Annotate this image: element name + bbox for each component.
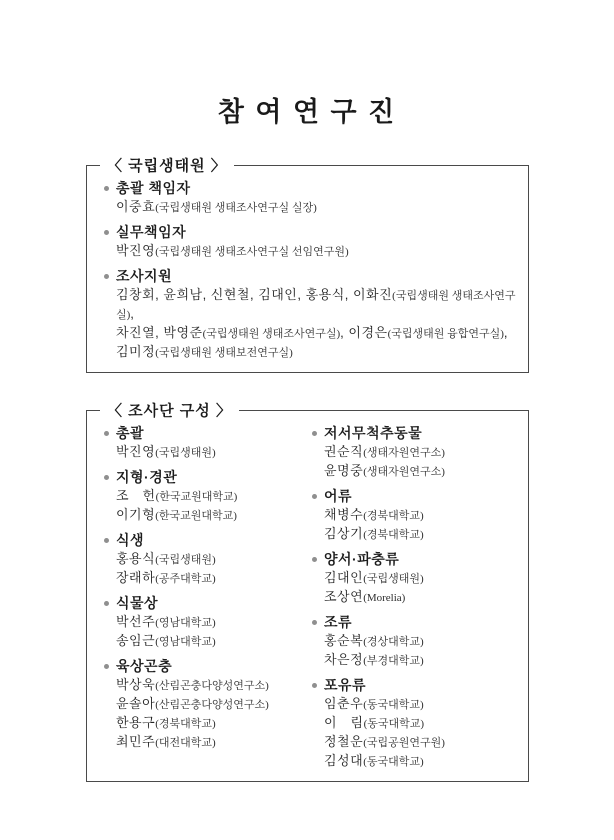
member-line: 박상욱(산림곤충다양성연구소) (116, 676, 312, 695)
person-name: 홍용식 (116, 551, 155, 566)
affiliation-text: (국립생태원 생태조사연구실 실장) (155, 202, 317, 214)
affiliation-text: (한국교원대학교) (155, 510, 237, 522)
research-group: 실무책임자박진영(국립생태원 생태조사연구실 선임연구원) (104, 223, 516, 261)
section-team-body: 총괄박진영(국립생태원)지형·경관조 헌(한국교원대학교)이기형(한국교원대학교… (87, 411, 528, 781)
research-group: 양서·파충류김대인(국립생태원)조상연(Morelia) (312, 550, 516, 607)
person-name: , (504, 325, 508, 340)
person-name: 차진열, 박영준 (116, 325, 203, 340)
affiliation-text: (동국대학교) (363, 699, 423, 711)
person-name: 채병수 (324, 507, 363, 522)
affiliation-text: (영남대학교) (155, 636, 215, 648)
research-group: 총괄 책임자이중효(국립생태원 생태조사연구실 실장) (104, 179, 516, 217)
person-name: 박진영 (116, 444, 155, 459)
affiliation-text: (생태자원연구소) (363, 447, 445, 459)
member-line: 이기형(한국교원대학교) (116, 506, 312, 525)
section-nie-legend: 〈 국립생태원 〉 (100, 155, 234, 176)
group-label: 포유류 (324, 676, 516, 695)
group-label: 지형·경관 (116, 468, 312, 487)
person-name: 김상기 (324, 526, 363, 541)
member-line: 김대인(국립생태원) (324, 569, 516, 588)
research-group: 저서무척추동물권순직(생태자원연구소)윤명중(생태자원연구소) (312, 424, 516, 481)
person-name: , (130, 306, 134, 321)
affiliation-text: (국립생태원 융합연구실) (388, 328, 504, 340)
member-line: 홍용식(국립생태원) (116, 550, 312, 569)
member-line: 윤명중(생태자원연구소) (324, 462, 516, 481)
member-line: 박진영(국립생태원) (116, 443, 312, 462)
member-line: 조상연(Morelia) (324, 588, 516, 607)
affiliation-text: (경상대학교) (363, 636, 423, 648)
bullet-icon (104, 274, 109, 279)
member-line: 송임근(영남대학교) (116, 632, 312, 651)
person-name: 박상욱 (116, 677, 155, 692)
person-name: 김미정 (116, 344, 155, 359)
affiliation-text: (경북대학교) (155, 718, 215, 730)
group-label: 식물상 (116, 594, 312, 613)
member-line: 임춘우(동국대학교) (324, 695, 516, 714)
member-line: 차은정(부경대학교) (324, 651, 516, 670)
section-nie-body: 총괄 책임자이중효(국립생태원 생태조사연구실 실장)실무책임자박진영(국립생태… (87, 166, 528, 372)
section-team-panel: 〈 조사단 구성 〉 총괄박진영(국립생태원)지형·경관조 헌(한국교원대학교)… (86, 410, 529, 782)
affiliation-text: (국립생태원) (155, 447, 215, 459)
affiliation-text: (한국교원대학교) (156, 491, 238, 503)
affiliation-text: (경북대학교) (363, 529, 423, 541)
group-label: 식생 (116, 531, 312, 550)
group-label: 총괄 책임자 (116, 179, 516, 198)
member-line: 이중효(국립생태원 생태조사연구실 실장) (116, 198, 516, 217)
person-name: 박진영 (116, 243, 155, 258)
document-page: 참 여 연 구 진 〈 국립생태원 〉 총괄 책임자이중효(국립생태원 생태조사… (0, 0, 614, 840)
affiliation-text: (경북대학교) (363, 510, 423, 522)
person-name: 송임근 (116, 633, 155, 648)
affiliation-text: (공주대학교) (155, 573, 215, 585)
person-name: 김대인 (324, 570, 363, 585)
affiliation-text: (국립생태원) (155, 554, 215, 566)
bullet-icon (312, 494, 317, 499)
person-name: 최민주 (116, 734, 155, 749)
research-group: 육상곤충박상욱(산림곤충다양성연구소)윤솔아(산림곤충다양성연구소)한용구(경북… (104, 657, 312, 752)
bullet-icon (104, 538, 109, 543)
research-group: 포유류임춘우(동국대학교)이 림(동국대학교)정철운(국립공원연구원)김성대(동… (312, 676, 516, 771)
section-team-legend: 〈 조사단 구성 〉 (100, 400, 239, 421)
affiliation-text: (Morelia) (363, 592, 405, 604)
research-group: 식생홍용식(국립생태원)장래하(공주대학교) (104, 531, 312, 588)
person-name: 이 림 (324, 715, 364, 730)
person-name: 이기형 (116, 507, 155, 522)
affiliation-text: (동국대학교) (364, 718, 424, 730)
section-nie-panel: 〈 국립생태원 〉 총괄 책임자이중효(국립생태원 생태조사연구실 실장)실무책… (86, 165, 529, 373)
group-label: 총괄 (116, 424, 312, 443)
group-label: 육상곤충 (116, 657, 312, 676)
bullet-icon (104, 230, 109, 235)
member-line: 장래하(공주대학교) (116, 569, 312, 588)
affiliation-text: (영남대학교) (155, 617, 215, 629)
member-line: 조 헌(한국교원대학교) (116, 487, 312, 506)
member-line: 최민주(대전대학교) (116, 733, 312, 752)
bullet-icon (312, 557, 317, 562)
group-label: 양서·파충류 (324, 550, 516, 569)
member-line: 김성대(동국대학교) (324, 752, 516, 771)
person-name: 김창회, 윤희남, 신현철, 김대인, 홍용식, 이화진 (116, 287, 392, 302)
page-title: 참 여 연 구 진 (0, 97, 614, 127)
person-name: 윤솔아 (116, 696, 155, 711)
person-name: 홍순복 (324, 633, 363, 648)
group-label: 어류 (324, 487, 516, 506)
affiliation-text: (산림곤충다양성연구소) (155, 680, 269, 692)
person-name: 권순직 (324, 444, 363, 459)
affiliation-text: (국립생태원 생태조사연구실) (203, 328, 341, 340)
research-group: 조류홍순복(경상대학교)차은정(부경대학교) (312, 613, 516, 670)
person-name: 차은정 (324, 652, 363, 667)
group-label: 실무책임자 (116, 223, 516, 242)
member-line: 정철운(국립공원연구원) (324, 733, 516, 752)
person-name: 조상연 (324, 589, 363, 604)
person-name: 장래하 (116, 570, 155, 585)
member-line: 채병수(경북대학교) (324, 506, 516, 525)
member-line: 김상기(경북대학교) (324, 525, 516, 544)
member-line: 이 림(동국대학교) (324, 714, 516, 733)
affiliation-text: (생태자원연구소) (363, 466, 445, 478)
member-line: 김창회, 윤희남, 신현철, 김대인, 홍용식, 이화진(국립생태원 생태조사연… (116, 286, 516, 324)
affiliation-text: (국립생태원 생태조사연구실 선임연구원) (155, 246, 348, 258)
team-column-left: 총괄박진영(국립생태원)지형·경관조 헌(한국교원대학교)이기형(한국교원대학교… (104, 424, 312, 771)
affiliation-text: (산림곤충다양성연구소) (155, 699, 269, 711)
team-column-right: 저서무척추동물권순직(생태자원연구소)윤명중(생태자원연구소)어류채병수(경북대… (312, 424, 516, 771)
research-group: 식물상박선주(영남대학교)송임근(영남대학교) (104, 594, 312, 651)
bullet-icon (104, 475, 109, 480)
bullet-icon (312, 620, 317, 625)
bullet-icon (104, 601, 109, 606)
person-name: 이중효 (116, 199, 155, 214)
member-line: 권순직(생태자원연구소) (324, 443, 516, 462)
affiliation-text: (대전대학교) (155, 737, 215, 749)
person-name: 김성대 (324, 753, 363, 768)
affiliation-text: (부경대학교) (363, 655, 423, 667)
group-label: 조사지원 (116, 267, 516, 286)
member-line: 차진열, 박영준(국립생태원 생태조사연구실), 이경은(국립생태원 융합연구실… (116, 324, 516, 343)
group-label: 저서무척추동물 (324, 424, 516, 443)
person-name: 윤명중 (324, 463, 363, 478)
member-line: 한용구(경북대학교) (116, 714, 312, 733)
person-name: , 이경은 (340, 325, 387, 340)
person-name: 한용구 (116, 715, 155, 730)
research-group: 조사지원김창회, 윤희남, 신현철, 김대인, 홍용식, 이화진(국립생태원 생… (104, 267, 516, 362)
research-group: 지형·경관조 헌(한국교원대학교)이기형(한국교원대학교) (104, 468, 312, 525)
member-line: 윤솔아(산림곤충다양성연구소) (116, 695, 312, 714)
member-line: 김미정(국립생태원 생태보전연구실) (116, 343, 516, 362)
member-line: 박진영(국립생태원 생태조사연구실 선임연구원) (116, 242, 516, 261)
bullet-icon (312, 683, 317, 688)
person-name: 박선주 (116, 614, 155, 629)
person-name: 임춘우 (324, 696, 363, 711)
affiliation-text: (국립생태원 생태보전연구실) (155, 347, 293, 359)
bullet-icon (104, 431, 109, 436)
member-line: 홍순복(경상대학교) (324, 632, 516, 651)
bullet-icon (312, 431, 317, 436)
person-name: 조 헌 (116, 488, 156, 503)
affiliation-text: (국립생태원) (363, 573, 423, 585)
affiliation-text: (동국대학교) (363, 756, 423, 768)
member-line: 박선주(영남대학교) (116, 613, 312, 632)
research-group: 어류채병수(경북대학교)김상기(경북대학교) (312, 487, 516, 544)
group-label: 조류 (324, 613, 516, 632)
research-group: 총괄박진영(국립생태원) (104, 424, 312, 462)
bullet-icon (104, 664, 109, 669)
person-name: 정철운 (324, 734, 363, 749)
affiliation-text: (국립공원연구원) (363, 737, 445, 749)
bullet-icon (104, 186, 109, 191)
